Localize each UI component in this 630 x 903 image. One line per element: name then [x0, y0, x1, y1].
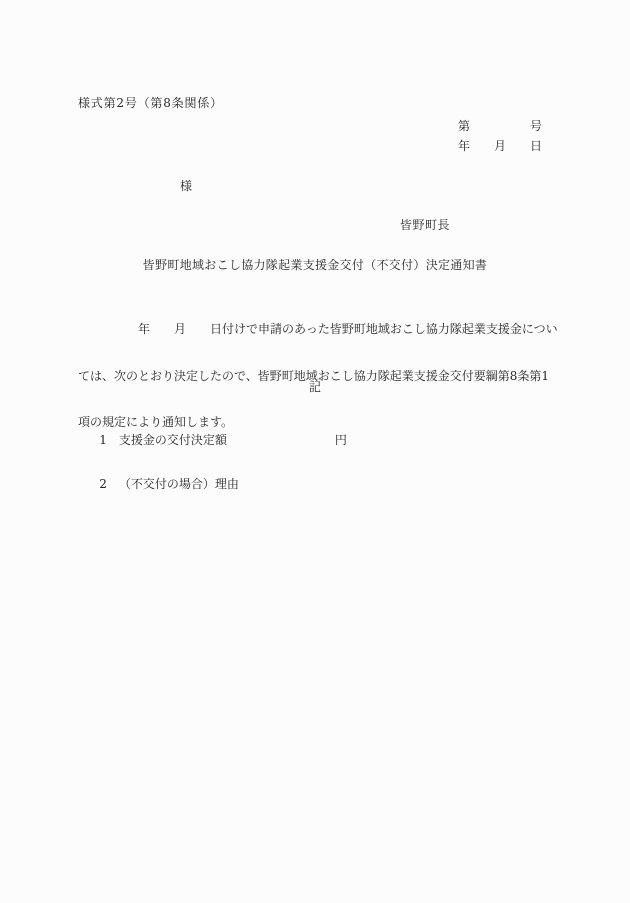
list-header-ki: 記: [0, 381, 630, 393]
document-number-blank-line: 第 号: [458, 120, 542, 132]
addressee-honorific: 様: [180, 180, 192, 192]
item-1-label: 支援金の交付決定額: [119, 433, 227, 447]
list-item-2: 2（不交付の場合）理由: [84, 466, 239, 502]
item-1-number: 1: [99, 433, 107, 447]
item-2-label: （不交付の場合）理由: [119, 477, 239, 491]
document-title: 皆野町地域おこし協力隊起業支援金交付（不交付）決定通知書: [0, 259, 630, 271]
sender-title: 皆野町長: [400, 219, 450, 231]
list-item-1: 1支援金の交付決定額円: [84, 422, 347, 458]
form-number-label: 様式第2号（第8条関係）: [78, 97, 223, 109]
document-page: 様式第2号（第8条関係） 第 号 年 月 日 様 皆野町長 皆野町地域おこし協力…: [0, 0, 630, 903]
date-blank-line: 年 月 日: [458, 140, 542, 152]
item-1-unit: 円: [335, 433, 347, 447]
body-line-1: 年 月 日付けで申請のあった皆野町地域おこし協力隊起業支援金につい: [78, 318, 558, 341]
item-2-number: 2: [99, 477, 107, 491]
